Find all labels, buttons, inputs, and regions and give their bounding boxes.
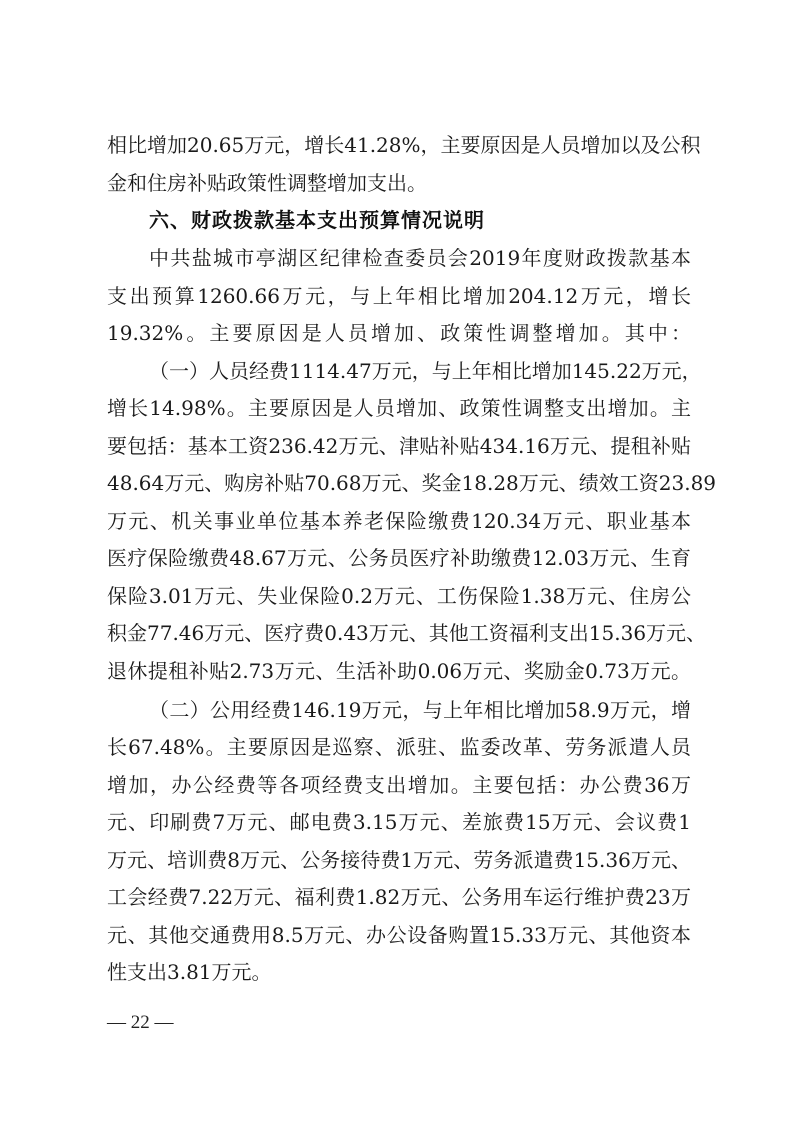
body-text-line: 相比增加20.65万元，增长41.28%，主要原因是人员增加以及公积 [107,131,691,159]
personnel-expense-line: 48.64万元、购房补贴70.68万元、奖金18.28万元、绩效工资23.89 [107,469,691,497]
body-text-line: 中共盐城市亭湖区纪律检查委员会2019年度财政拨款基本 [149,244,691,272]
public-expense-line: 长67.48%。主要原因是巡察、派驻、监委改革、劳务派遣人员 [107,733,691,761]
personnel-expense-line: 要包括：基本工资236.42万元、津贴补贴434.16万元、提租补贴 [107,432,691,460]
public-expense-line: （二）公用经费146.19万元，与上年相比增加58.9万元，增 [149,696,691,724]
personnel-expense-line: 退休提租补贴2.73万元、生活补助0.06万元、奖励金0.73万元。 [107,657,691,685]
public-expense-line: 增加，办公经费等各项经费支出增加。主要包括：办公费36万 [107,771,691,799]
public-expense-line: 元、印刷费7万元、邮电费3.15万元、差旅费15万元、会议费1 [107,808,691,836]
body-text-line: 19.32%。主要原因是人员增加、政策性调整增加。其中： [107,319,691,347]
body-text-line: 金和住房补贴政策性调整增加支出。 [107,169,691,197]
personnel-expense-line: 医疗保险缴费48.67万元、公务员医疗补助缴费12.03万元、生育 [107,544,691,572]
personnel-expense-line: 万元、机关事业单位基本养老保险缴费120.34万元、职业基本 [107,507,691,535]
personnel-expense-line: （一）人员经费1114.47万元，与上年相比增加145.22万元， [149,357,691,385]
section-heading: 六、财政拨款基本支出预算情况说明 [149,206,485,234]
public-expense-line: 万元、培训费8万元、公务接待费1万元、劳务派遣费15.36万元、 [107,846,691,874]
document-page: 相比增加20.65万元，增长41.28%，主要原因是人员增加以及公积 金和住房补… [0,0,794,1123]
public-expense-line: 性支出3.81万元。 [107,958,691,986]
page-number: — 22 — [107,1012,174,1034]
personnel-expense-line: 积金77.46万元、医疗费0.43万元、其他工资福利支出15.36万元、 [107,619,691,647]
public-expense-line: 工会经费7.22万元、福利费1.82万元、公务用车运行维护费23万 [107,883,691,911]
personnel-expense-line: 增长14.98%。主要原因是人员增加、政策性调整支出增加。主 [107,394,691,422]
public-expense-line: 元、其他交通费用8.5万元、办公设备购置15.33万元、其他资本 [107,921,691,949]
personnel-expense-line: 保险3.01万元、失业保险0.2万元、工伤保险1.38万元、住房公 [107,582,691,610]
body-text-line: 支出预算1260.66万元，与上年相比增加204.12万元，增长 [107,282,691,310]
